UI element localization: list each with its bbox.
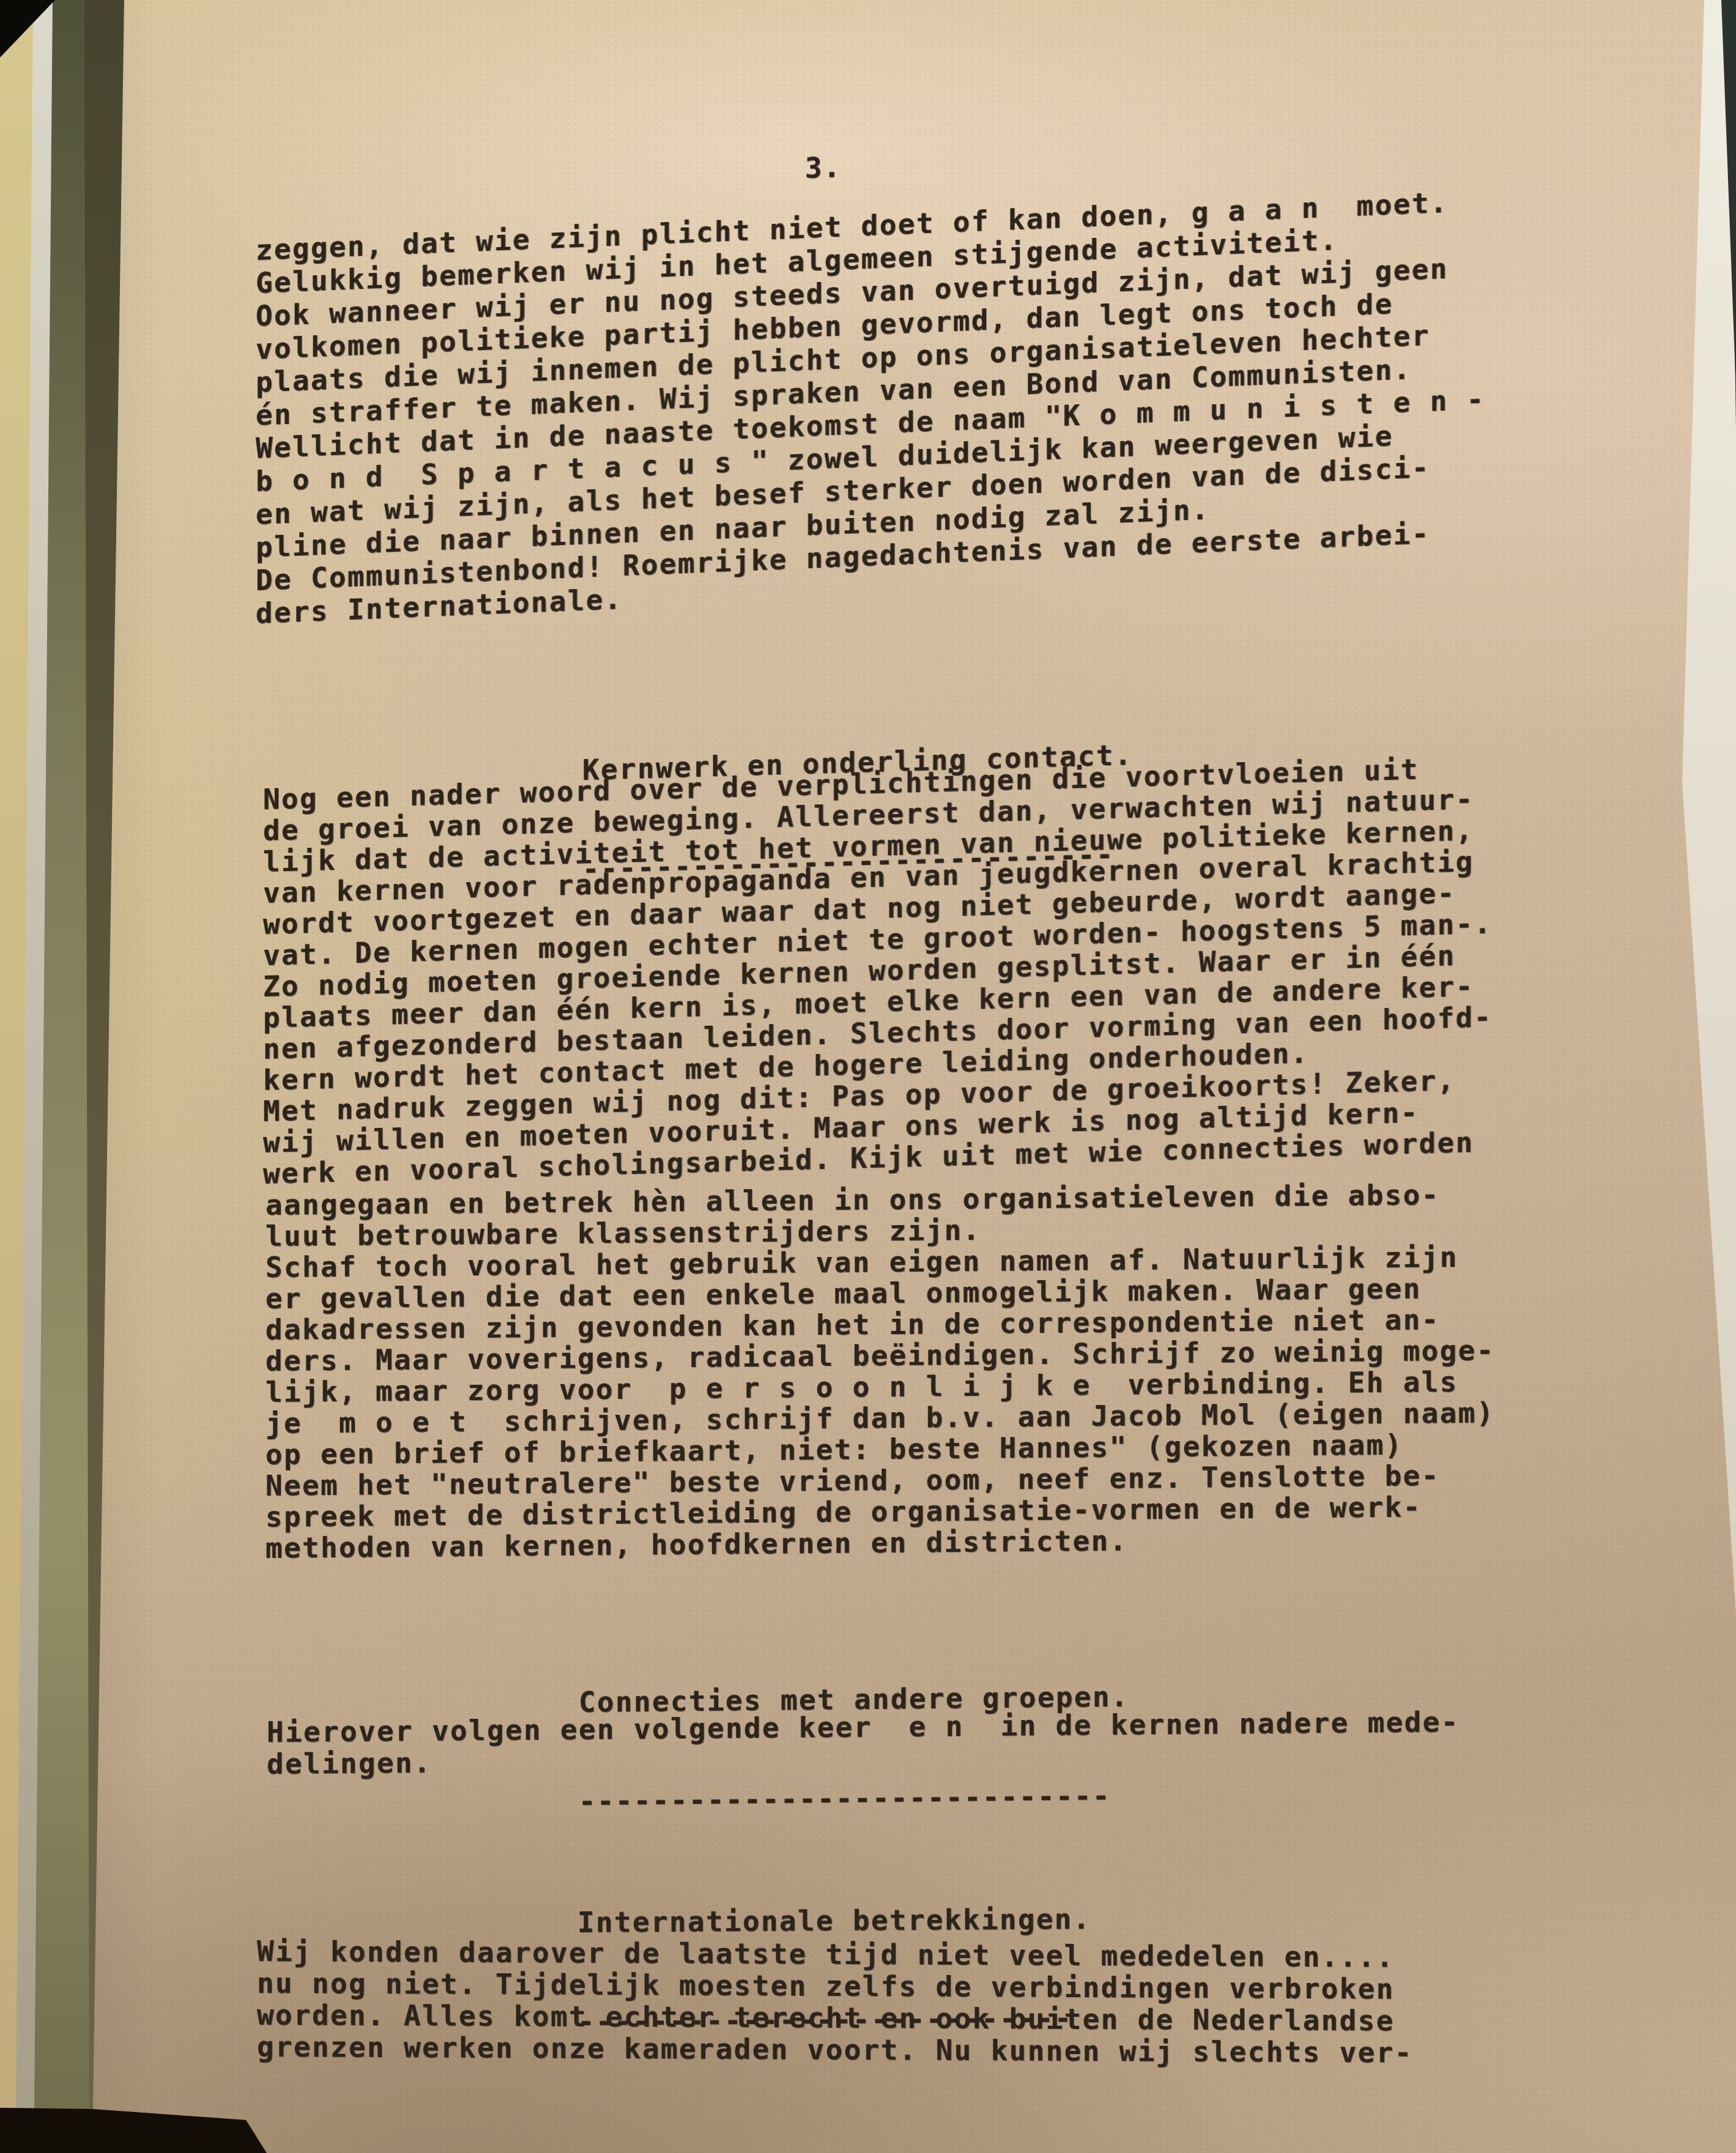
heading-text: Internationale betrekkingen. xyxy=(577,1902,1091,1939)
photo-scene: 3. zeggen, dat wie zijn plicht niet doet… xyxy=(0,0,1736,2153)
intro-paragraph: zeggen, dat wie zijn plicht niet doet of… xyxy=(256,184,1485,630)
internationale-paragraph: Wij konden daarover de laatste tijd niet… xyxy=(257,1935,1413,2069)
document-page: 3. zeggen, dat wie zijn plicht niet doet… xyxy=(0,0,1736,2153)
connecties-paragraph: Hierover volgen een volgende keer e n in… xyxy=(267,1706,1460,1780)
kernwerk-paragraph-lower: aangegaan en betrek hèn alleen in ons or… xyxy=(265,1179,1495,1564)
page-number: 3. xyxy=(805,150,842,185)
text-line: grenzen werken onze kameraden voort. Nu … xyxy=(257,2031,1413,2069)
heading-underline: ----------------------------- xyxy=(579,1779,1129,1818)
kernwerk-paragraph-upper: Nog een nader woord over de verplichting… xyxy=(263,752,1493,1190)
